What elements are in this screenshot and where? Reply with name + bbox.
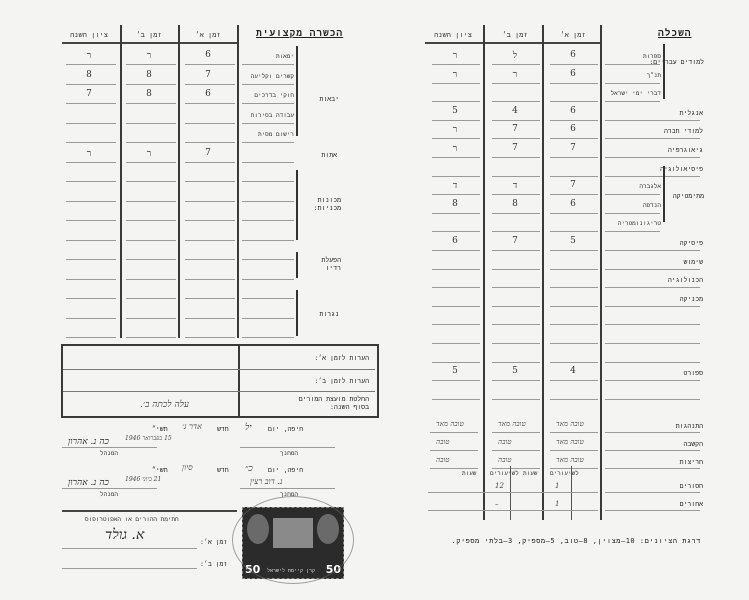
row-rule — [430, 450, 478, 451]
sub-header-lessons: לשיעורים — [550, 470, 579, 477]
conduct-label: התנהגות — [676, 422, 703, 430]
row-rule — [432, 194, 480, 195]
row-rule — [242, 123, 294, 124]
group-label-hebrew: למודים עבריים: — [649, 58, 704, 66]
brace-radio — [296, 252, 298, 278]
day-value: כ״ — [245, 463, 253, 474]
sig-line — [62, 447, 157, 448]
row-rule — [492, 306, 540, 307]
row-rule — [492, 213, 540, 214]
col-divider — [600, 25, 602, 520]
subject-label: אנגלית — [680, 109, 703, 117]
row-rule — [492, 231, 540, 232]
subject-label: הנדסה — [643, 202, 661, 209]
gregorian-date: 21 ביוני 1946 — [125, 476, 161, 483]
row-rule — [185, 123, 235, 124]
grade-cell: 7 — [500, 143, 530, 153]
row-rule — [492, 138, 540, 139]
grade-cell: 8 — [134, 70, 164, 80]
row-rule — [432, 324, 480, 325]
row-rule — [605, 176, 700, 177]
row-rule — [430, 432, 478, 433]
brace-machines — [296, 170, 298, 240]
row-rule — [492, 101, 540, 102]
row-rule — [66, 279, 116, 280]
conduct-value: טובה מאד — [498, 420, 526, 428]
row-rule — [126, 337, 176, 338]
row-rule — [605, 194, 660, 195]
row-rule — [492, 324, 540, 325]
grade-cell: ר — [440, 143, 470, 154]
grade-cell: 7 — [558, 143, 588, 153]
principal-role: המנהל — [100, 450, 118, 457]
row-rule — [242, 298, 294, 299]
grade-cell: 7 — [193, 148, 223, 158]
row-rule — [185, 84, 235, 85]
row-rule — [605, 83, 660, 84]
row-rule — [185, 337, 235, 338]
row-rule — [432, 176, 480, 177]
col-divider — [483, 25, 485, 520]
row-rule — [126, 64, 176, 65]
row-rule — [432, 250, 480, 251]
sig-line — [62, 488, 157, 489]
row-rule — [432, 287, 480, 288]
row-rule — [242, 162, 294, 163]
row-rule — [492, 399, 540, 400]
brace-math — [663, 166, 665, 222]
attendance-value: 1 — [555, 500, 559, 508]
row-rule — [492, 450, 540, 451]
row-rule — [66, 201, 116, 202]
grade-cell: 8 — [500, 199, 530, 209]
group-label-carpentry: נגרות — [319, 310, 339, 318]
row-rule — [242, 240, 294, 241]
grade-cell: 5 — [500, 366, 530, 376]
row-rule — [242, 318, 294, 319]
grade-cell: ר — [134, 148, 164, 159]
row-rule — [605, 101, 660, 102]
parents-term1-label: זמן א׳: — [200, 538, 227, 546]
sub-header-lessons-2: לשיעורים — [490, 470, 519, 477]
row-rule — [432, 101, 480, 102]
grade-cell: ל — [500, 50, 530, 61]
row-rule — [492, 287, 540, 288]
row-rule — [126, 123, 176, 124]
row-rule — [126, 142, 176, 143]
row-rule — [550, 101, 598, 102]
conduct-value: טובה — [436, 456, 450, 464]
parents-rule — [62, 510, 237, 512]
row-rule — [550, 250, 598, 251]
educator-role: המחנך — [280, 450, 298, 457]
conduct-value: טובה — [498, 456, 512, 464]
subject-label: אתות — [321, 151, 337, 159]
month-value: סיון — [182, 463, 193, 472]
row-rule — [66, 123, 116, 124]
grade-cell: ר — [440, 50, 470, 61]
row-rule — [492, 432, 540, 433]
row-rule — [66, 64, 116, 65]
remarks-divider — [238, 344, 240, 416]
row-rule — [432, 362, 480, 363]
row-rule — [605, 432, 700, 433]
row-rule — [550, 468, 598, 469]
row-rule — [66, 181, 116, 182]
principal-role: המנהל — [100, 491, 118, 498]
row-rule — [432, 399, 480, 400]
year-label: תשי״ — [152, 425, 168, 433]
row-rule — [242, 201, 294, 202]
row-rule — [550, 287, 598, 288]
grade-cell: 5 — [440, 366, 470, 376]
row-rule — [492, 250, 540, 251]
grade-cell: 6 — [558, 199, 588, 209]
subject-label: ספורט — [683, 369, 703, 377]
grade-cell: 8 — [74, 70, 104, 80]
group-label-radio: הפעלת רדיו — [305, 256, 341, 272]
row-rule — [185, 240, 235, 241]
col-header-term2: זמן ב׳ — [124, 31, 174, 40]
grade-cell: 5 — [440, 106, 470, 116]
year-label: תשי״ — [152, 466, 168, 474]
row-rule — [550, 324, 598, 325]
grade-cell: 8 — [134, 89, 164, 99]
row-rule — [492, 194, 540, 195]
grade-cell: ר — [74, 148, 104, 159]
row-rule — [432, 83, 480, 84]
row-rule — [242, 337, 294, 338]
col-divider — [237, 25, 239, 338]
row-rule — [432, 120, 480, 121]
row-rule — [432, 343, 480, 344]
subject-label: מכניקה — [680, 295, 703, 303]
grade-cell: 7 — [500, 124, 530, 134]
month-value: אדר ג׳ — [182, 422, 202, 431]
grade-cell: 7 — [500, 236, 530, 246]
grade-cell: 7 — [193, 70, 223, 80]
row-rule — [605, 510, 700, 511]
col-divider — [120, 25, 122, 338]
attendance-value: 12 — [495, 482, 504, 490]
remarks-term2-label: הערות לזמן ב׳: — [314, 377, 369, 385]
subject-label: אלגברה — [639, 183, 661, 190]
row-rule — [66, 240, 116, 241]
grade-cell: 4 — [558, 366, 588, 376]
row-rule — [66, 162, 116, 163]
row-rule — [432, 231, 480, 232]
row-rule — [605, 380, 700, 381]
row-rule — [432, 380, 480, 381]
row-rule — [66, 84, 116, 85]
row-rule — [605, 492, 700, 493]
conduct-label: חריצות — [680, 458, 703, 466]
subject-label: רישום מסית — [258, 131, 294, 138]
row-rule — [605, 306, 700, 307]
subject-label: תנ״ך — [647, 72, 661, 79]
row-rule — [492, 176, 540, 177]
remarks-term1-label: הערות לזמן א׳: — [314, 354, 369, 362]
place-day-label: חיפה, יום — [268, 466, 303, 474]
col-header-year: ציון השנה — [428, 31, 478, 40]
row-rule — [550, 380, 598, 381]
row-rule — [605, 157, 700, 158]
col-divider — [178, 25, 180, 338]
row-rule — [605, 269, 700, 270]
grade-cell: ד — [500, 180, 530, 191]
row-rule — [242, 220, 294, 221]
row-rule — [185, 142, 235, 143]
attendance-value: – — [495, 500, 499, 508]
row-rule — [492, 380, 540, 381]
row-rule — [242, 103, 294, 104]
row-rule — [126, 279, 176, 280]
row-rule — [126, 162, 176, 163]
row-rule — [605, 450, 700, 451]
subject-label: הכנולוגיה — [668, 276, 703, 284]
subject-label: שימוש — [683, 258, 703, 266]
parents-term1-signature: א. גולד — [105, 527, 144, 544]
grade-cell: 6 — [558, 124, 588, 134]
subject-label: קשרים וקליעה — [251, 73, 294, 80]
row-rule — [492, 468, 540, 469]
row-rule — [550, 399, 598, 400]
grade-cell: 6 — [558, 106, 588, 116]
teachers-decision-label: החלטת מועצת המורים בסוף השנה: — [289, 395, 369, 411]
row-rule — [66, 220, 116, 221]
row-rule — [432, 306, 480, 307]
row-rule — [492, 83, 540, 84]
row-rule — [432, 157, 480, 158]
row-rule — [242, 279, 294, 280]
group-label-sailing: יבאות — [319, 95, 339, 103]
row-rule — [185, 64, 235, 65]
remarks-rule — [63, 391, 375, 392]
row-rule — [605, 362, 700, 363]
row-rule — [605, 343, 700, 344]
principal-signature: כה נ. אהרון — [68, 436, 109, 447]
row-rule — [432, 269, 480, 270]
grade-cell: ר — [440, 124, 470, 135]
row-rule — [185, 298, 235, 299]
row-rule — [66, 337, 116, 338]
row-rule — [605, 250, 700, 251]
conduct-value: טובה מאד — [556, 438, 584, 446]
principal-signature: כה נ. אהרון — [68, 477, 109, 488]
row-rule — [430, 468, 478, 469]
row-rule — [242, 259, 294, 260]
month-label: חדש — [217, 466, 229, 474]
grade-cell: 7 — [74, 89, 104, 99]
row-rule — [126, 84, 176, 85]
row-rule — [428, 510, 598, 511]
row-rule — [550, 120, 598, 121]
subject-label: טריגונומטריה — [618, 220, 661, 227]
grade-cell: 6 — [193, 89, 223, 99]
row-rule — [550, 343, 598, 344]
grade-cell: 7 — [558, 180, 588, 190]
brace-sailing — [296, 46, 298, 136]
conduct-value: טובה מאד — [556, 420, 584, 428]
row-rule — [242, 142, 294, 143]
row-rule — [66, 298, 116, 299]
conduct-value: טובה — [436, 438, 450, 446]
row-rule — [66, 259, 116, 260]
row-rule — [432, 64, 480, 65]
row-rule — [126, 240, 176, 241]
row-rule — [550, 432, 598, 433]
subject-label: דברי ימי ישראל — [611, 90, 661, 97]
subject-label: פיסיאולוגיה — [660, 165, 703, 173]
header-rule — [62, 42, 237, 44]
row-rule — [492, 157, 540, 158]
row-rule — [550, 269, 598, 270]
grade-cell: 6 — [440, 236, 470, 246]
row-rule — [550, 194, 598, 195]
header-rule — [425, 42, 600, 44]
sub-header-hours: שעות — [523, 470, 537, 477]
row-rule — [492, 64, 540, 65]
row-rule — [242, 64, 294, 65]
sig-line — [240, 447, 335, 448]
col-header-term2: זמן ב׳ — [490, 31, 540, 40]
conduct-label: הקשבה — [683, 440, 703, 448]
row-rule — [432, 213, 480, 214]
row-rule — [126, 181, 176, 182]
row-rule — [605, 138, 700, 139]
row-rule — [126, 298, 176, 299]
sig-line — [240, 488, 335, 489]
row-rule — [605, 120, 700, 121]
row-rule — [550, 450, 598, 451]
row-rule — [492, 362, 540, 363]
subject-label: חוקי בדרכים — [254, 92, 294, 99]
grade-cell: ר — [74, 50, 104, 61]
row-rule — [550, 306, 598, 307]
row-rule — [428, 492, 598, 493]
row-rule — [185, 259, 235, 260]
subject-label: פיסיקה — [680, 239, 703, 247]
postmark-circle — [232, 496, 354, 584]
row-rule — [550, 157, 598, 158]
left-page-title: הכשרה מקצועית — [256, 28, 343, 39]
row-rule — [126, 220, 176, 221]
grade-cell: 8 — [440, 199, 470, 209]
attendance-label: חסורים — [680, 482, 703, 490]
row-rule — [185, 103, 235, 104]
row-rule — [185, 201, 235, 202]
row-rule — [550, 64, 598, 65]
row-rule — [126, 201, 176, 202]
row-rule — [126, 103, 176, 104]
grade-cell: 6 — [558, 69, 588, 79]
grade-cell: 6 — [558, 50, 588, 60]
day-value: יל — [245, 422, 252, 433]
col-divider — [542, 25, 544, 520]
row-rule — [185, 318, 235, 319]
grade-cell: ד — [440, 180, 470, 191]
month-label: חדש — [217, 425, 229, 433]
grade-scale: דרגת הציונים: 10–מצוין, 8–טוב, 5–מספיק, … — [452, 537, 701, 546]
row-rule — [605, 399, 700, 400]
col-header-year: ציון השנה — [64, 31, 114, 40]
group-label-machines: מכונות מכניות: — [301, 196, 341, 212]
row-rule — [66, 318, 116, 319]
gregorian-date: 15 בפברואר 1946 — [125, 435, 172, 442]
row-rule — [550, 138, 598, 139]
teachers-decision-value: עלה לכתה ב׳. — [140, 399, 189, 410]
conduct-value: טובה מאד — [436, 420, 464, 428]
grade-cell: 4 — [500, 106, 530, 116]
subject-label: גיאוגרפיה — [668, 146, 703, 154]
grade-cell: ר — [500, 69, 530, 80]
row-rule — [550, 213, 598, 214]
row-rule — [605, 213, 660, 214]
parents-term1-line — [62, 548, 197, 549]
row-rule — [126, 318, 176, 319]
row-rule — [242, 181, 294, 182]
parents-term2-line — [62, 568, 197, 569]
grade-cell: ר — [440, 69, 470, 80]
attendance-label: אחורים — [680, 500, 703, 508]
sub-header-hours-2: שעות — [462, 470, 476, 477]
row-rule — [185, 220, 235, 221]
row-rule — [185, 181, 235, 182]
row-rule — [550, 176, 598, 177]
conduct-value: טובה מאד — [556, 456, 584, 464]
attendance-value: 1 — [555, 482, 559, 490]
row-rule — [242, 84, 294, 85]
row-rule — [492, 120, 540, 121]
row-rule — [550, 83, 598, 84]
grade-cell: 5 — [558, 236, 588, 246]
row-rule — [66, 142, 116, 143]
brace-carpentry — [296, 290, 298, 336]
row-rule — [185, 162, 235, 163]
grade-cell: ר — [134, 50, 164, 61]
row-rule — [66, 103, 116, 104]
conduct-value: טובה — [498, 438, 512, 446]
brace-hebrew-studies — [663, 44, 665, 99]
row-rule — [126, 259, 176, 260]
grade-cell: 6 — [193, 50, 223, 60]
row-rule — [492, 343, 540, 344]
educator-signature: נ. דוב רצין — [250, 477, 283, 486]
col-header-term1: זמן א׳ — [548, 31, 598, 40]
subject-label: ימאות — [276, 53, 294, 60]
row-rule — [550, 231, 598, 232]
subject-label: למודי חברה — [664, 127, 703, 135]
parents-sig-title: חתימת ההורים או האפוטרופוס — [85, 516, 179, 523]
row-rule — [605, 231, 660, 232]
row-rule — [432, 138, 480, 139]
row-rule — [605, 287, 700, 288]
place-day-label: חיפה, יום — [268, 425, 303, 433]
row-rule — [550, 362, 598, 363]
group-label-math: מתימטיקה — [673, 192, 704, 200]
row-rule — [605, 324, 700, 325]
row-rule — [185, 279, 235, 280]
right-page-title: השכלה — [658, 28, 692, 39]
parents-term2-label: זמן ב׳: — [200, 560, 227, 568]
subject-label: עבודה בסירות — [251, 112, 294, 119]
remarks-rule — [63, 369, 375, 370]
row-rule — [605, 468, 700, 469]
col-header-term1: זמן א׳ — [183, 31, 233, 40]
row-rule — [492, 269, 540, 270]
